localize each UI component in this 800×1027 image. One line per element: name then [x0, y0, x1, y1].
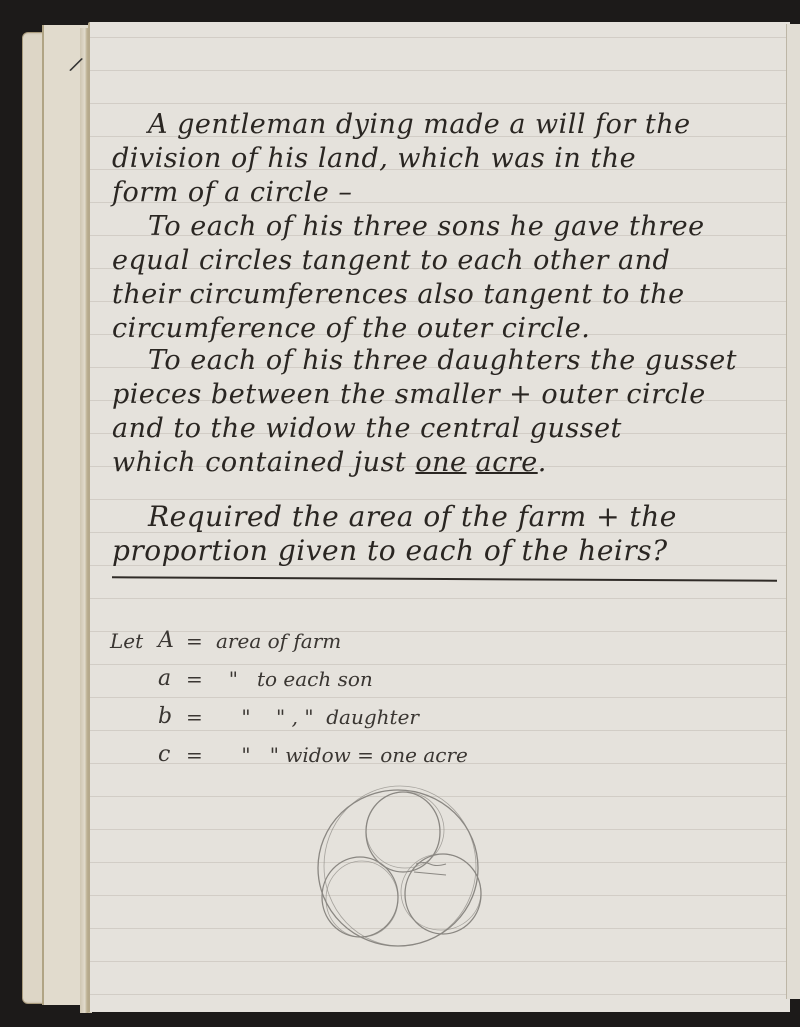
- emphasis-one: one: [415, 447, 466, 478]
- problem-question: Required the area of the farm + the prop…: [112, 500, 772, 568]
- circles-diagram: [298, 772, 498, 962]
- text-line: proportion given to each of the heirs?: [112, 534, 772, 568]
- facing-page-edge: [786, 24, 800, 999]
- text-line: A gentleman dying made a will for the: [112, 108, 772, 142]
- definition-row: c = " " widow = one acre: [110, 736, 468, 774]
- text-line: circumference of the outer circle.: [112, 312, 772, 346]
- problem-paragraph-2: To each of his three sons he gave three …: [112, 210, 772, 346]
- text-line: equal circles tangent to each other and: [112, 244, 772, 278]
- definition-row: a = " to each son: [110, 660, 468, 698]
- text-line: division of his land, which was in the: [112, 142, 772, 176]
- text-line: form of a circle –: [112, 176, 772, 210]
- problem-paragraph-1: A gentleman dying made a will for the di…: [112, 108, 772, 210]
- circles-sketch-icon: [298, 772, 498, 962]
- problem-paragraph-3: To each of his three daughters the gusse…: [112, 344, 772, 480]
- text-line: and to the widow the central gusset: [112, 412, 772, 446]
- text-line: pieces between the smaller + outer circl…: [112, 378, 772, 412]
- emphasis-acre: acre: [476, 447, 538, 478]
- variable-definitions: Let A = area of farm a = " to each son b…: [110, 622, 468, 774]
- definition-row: b = " " , " daughter: [110, 698, 468, 736]
- text-line: To each of his three sons he gave three: [112, 210, 772, 244]
- text-line: To each of his three daughters the gusse…: [112, 344, 772, 378]
- text-line: which contained just one acre.: [112, 446, 772, 480]
- text-line: their circumferences also tangent to the: [112, 278, 772, 312]
- definition-row: Let A = area of farm: [110, 622, 468, 660]
- text-line: Required the area of the farm + the: [112, 500, 772, 534]
